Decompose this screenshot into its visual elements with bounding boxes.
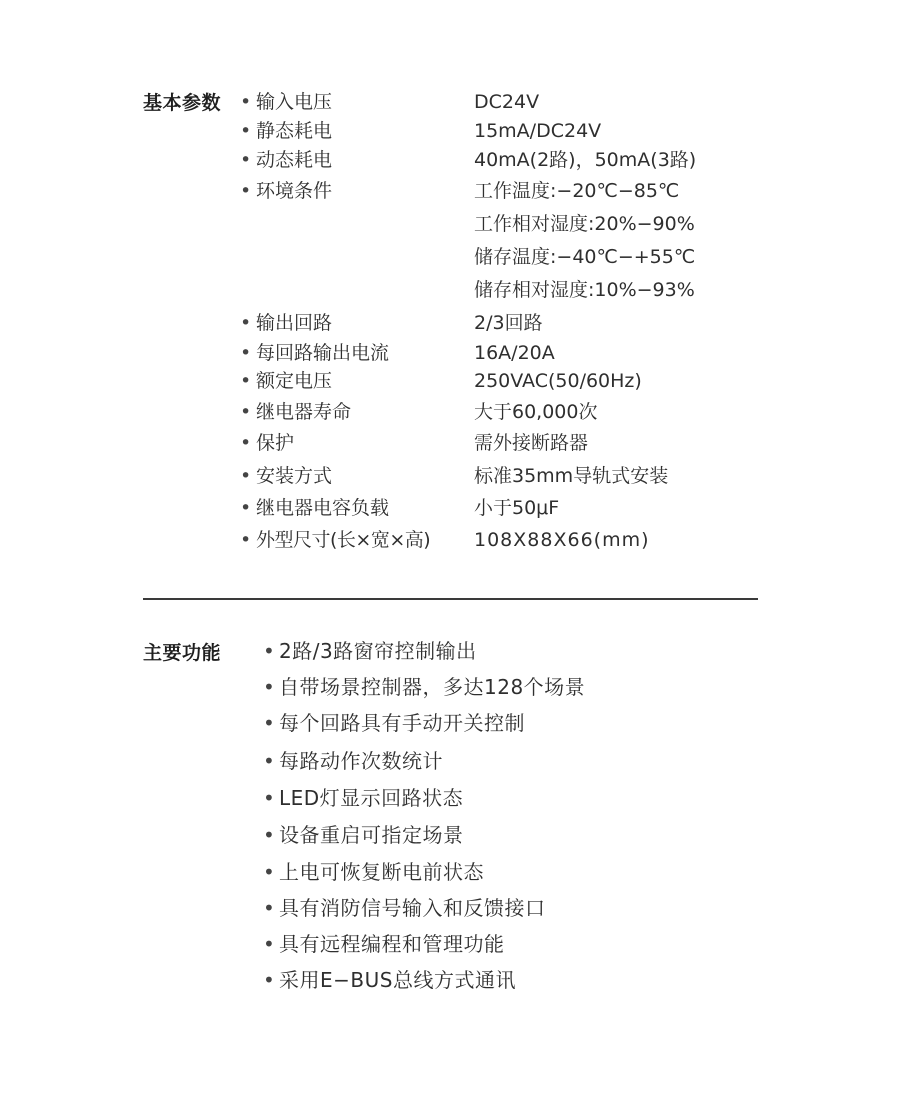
spec-row: •安装方式 标准35mm导轨式安装 (240, 463, 760, 489)
spec-value: DC24V (474, 89, 539, 115)
spec-value: 250VAC(50/60Hz) (474, 368, 642, 394)
bullet-icon: • (240, 118, 256, 144)
spec-key: 输入电压 (256, 91, 332, 113)
spec-key: 每回路输出电流 (256, 342, 389, 364)
bullet-icon: • (240, 368, 256, 394)
bullet-icon: • (263, 785, 279, 811)
feature-item: •采用E−BUS总线方式通讯 (263, 967, 516, 993)
bullet-icon: • (240, 147, 256, 173)
feature-item: •上电可恢复断电前状态 (263, 859, 484, 885)
spec-value: 标准35mm导轨式安装 (474, 463, 668, 489)
spec-key: 动态耗电 (256, 149, 332, 171)
feature-item: •每路动作次数统计 (263, 748, 443, 774)
bullet-icon: • (263, 895, 279, 921)
bullet-icon: • (240, 178, 256, 204)
spec-value: 大于60,000次 (474, 399, 597, 425)
basic-params-label: 基本参数 (143, 94, 221, 113)
bullet-icon: • (263, 931, 279, 957)
feature-item: •自带场景控制器，多达128个场景 (263, 674, 585, 700)
bullet-icon: • (263, 674, 279, 700)
bullet-icon: • (240, 310, 256, 336)
spec-row: •环境条件 工作温度:−20℃−85℃ (240, 178, 760, 204)
spec-row: •外型尺寸(长×宽×高) 108X88X66(mm) (240, 527, 760, 553)
bullet-icon: • (240, 463, 256, 489)
spec-key: 环境条件 (256, 180, 332, 202)
spec-row: 储存相对湿度:10%−93% (240, 277, 760, 303)
spec-value: 16A/20A (474, 340, 555, 366)
spec-key: 安装方式 (256, 465, 332, 487)
spec-row: 工作相对湿度:20%−90% (240, 211, 760, 237)
spec-row: •输出回路 2/3回路 (240, 310, 760, 336)
bullet-icon: • (240, 495, 256, 521)
spec-row: •输入电压 DC24V (240, 89, 760, 115)
bullet-icon: • (240, 399, 256, 425)
feature-item: •设备重启可指定场景 (263, 822, 464, 848)
spec-row: •额定电压 250VAC(50/60Hz) (240, 368, 760, 394)
spec-key: 继电器寿命 (256, 401, 351, 423)
spec-key: 额定电压 (256, 370, 332, 392)
spec-value: 工作温度:−20℃−85℃ (474, 178, 679, 204)
spec-value: 工作相对湿度:20%−90% (474, 211, 695, 237)
bullet-icon: • (263, 748, 279, 774)
feature-item: •2路/3路窗帘控制输出 (263, 638, 477, 664)
spec-value: 15mA/DC24V (474, 118, 601, 144)
spec-row: •保护 需外接断路器 (240, 430, 760, 456)
spec-value: 储存相对湿度:10%−93% (474, 277, 695, 303)
bullet-icon: • (263, 822, 279, 848)
spec-key: 静态耗电 (256, 120, 332, 142)
main-functions-label: 主要功能 (143, 644, 221, 663)
spec-row: •静态耗电 15mA/DC24V (240, 118, 760, 144)
bullet-icon: • (263, 859, 279, 885)
spec-key: 外型尺寸(长×宽×高) (256, 529, 430, 551)
spec-value: 108X88X66(mm) (474, 527, 650, 553)
bullet-icon: • (263, 638, 279, 664)
spec-value: 2/3回路 (474, 310, 543, 336)
spec-key: 继电器电容负载 (256, 497, 389, 519)
bullet-icon: • (240, 340, 256, 366)
spec-key: 输出回路 (256, 312, 332, 334)
feature-item: •每个回路具有手动开关控制 (263, 710, 525, 736)
spec-value: 储存温度:−40℃−+55℃ (474, 244, 695, 270)
spec-value: 需外接断路器 (474, 430, 588, 456)
bullet-icon: • (263, 967, 279, 993)
spec-row: •继电器电容负载 小于50μF (240, 495, 760, 521)
bullet-icon: • (240, 430, 256, 456)
feature-item: •LED灯显示回路状态 (263, 785, 463, 811)
bullet-icon: • (240, 89, 256, 115)
spec-value: 小于50μF (474, 495, 559, 521)
spec-value: 40mA(2路)，50mA(3路) (474, 147, 696, 173)
bullet-icon: • (263, 710, 279, 736)
bullet-icon: • (240, 527, 256, 553)
spec-key: 保护 (256, 432, 294, 454)
spec-row: •动态耗电 40mA(2路)，50mA(3路) (240, 147, 760, 173)
section-divider (143, 598, 758, 600)
feature-item: •具有消防信号输入和反馈接口 (263, 895, 546, 921)
spec-row: 储存温度:−40℃−+55℃ (240, 244, 760, 270)
feature-item: •具有远程编程和管理功能 (263, 931, 505, 957)
spec-row: •继电器寿命 大于60,000次 (240, 399, 760, 425)
spec-row: •每回路输出电流 16A/20A (240, 340, 760, 366)
